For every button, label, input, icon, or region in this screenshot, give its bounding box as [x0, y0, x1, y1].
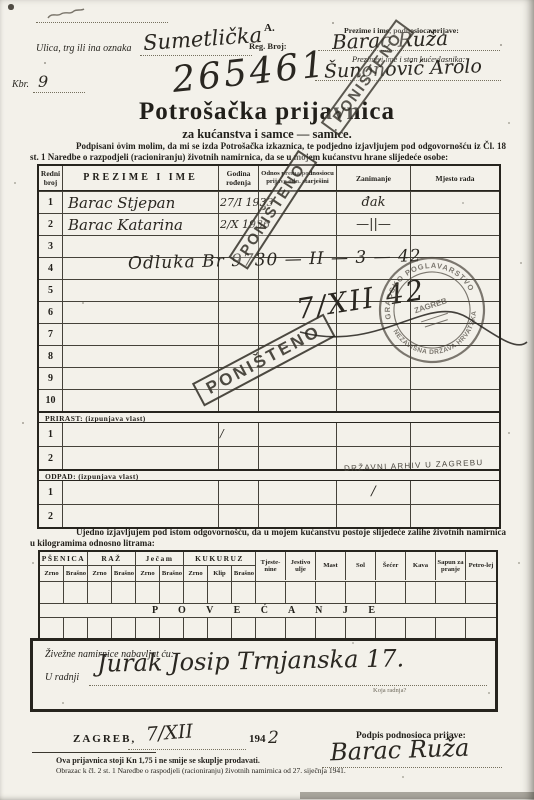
col-tjestenine: Tjeste-nine [256, 552, 286, 580]
birth-cell [219, 324, 259, 345]
cell [40, 618, 64, 638]
supplies-header: PŠENICA Zrno Brašno RAŽ Zrno Brašno Ječa… [40, 552, 496, 581]
odpad-section-label: ODPAD: (izpunjava vlast) [39, 469, 499, 481]
col-header-zanimanje: Zanimanje [337, 166, 411, 190]
signature-line [322, 766, 502, 768]
row-num: 1 [39, 423, 63, 446]
workplace-cell [411, 423, 499, 446]
row-num: 10 [39, 390, 63, 411]
row-num: 2 [39, 214, 63, 235]
cell [232, 618, 256, 638]
col-mast: Mast [316, 552, 346, 580]
footnote-1: Ova prijavnica stoji Kn 1.75 i ne smije … [56, 756, 260, 765]
group-label: Ječam [136, 552, 183, 566]
footnote-2: Obrazac k čl. 2 st. 1 Naredbe o raspodje… [56, 766, 346, 775]
purchase-box: Živežne namirnice nabavljat ću: U radnji… [30, 638, 498, 712]
purchase-handwriting: Jurak Josip Trnjanska 17. [97, 644, 405, 677]
birth-cell [219, 302, 259, 323]
occupation-cell [337, 368, 411, 389]
birth-cell [219, 447, 259, 469]
cell [88, 618, 112, 638]
section-letter: A. [264, 22, 275, 34]
birth-cell [219, 280, 259, 301]
cell [64, 618, 88, 638]
birth-cell [219, 505, 259, 527]
workplace-cell [411, 368, 499, 389]
cell [64, 582, 88, 603]
birth-cell [219, 481, 259, 504]
purchase-label: U radnji [45, 672, 79, 683]
row-num: 5 [39, 280, 63, 301]
purchase-caption: Koja radnja? [373, 687, 406, 694]
name-handwriting: Barac Katarina [63, 214, 219, 235]
group-raz: RAŽ Zrno Brašno [88, 552, 136, 581]
purchase-line [89, 684, 487, 686]
group-kukuruz: KUKURUZ Zrno Klip Brašno [184, 552, 256, 581]
subcol-zrno: Zrno [88, 566, 112, 581]
row-num: 2 [39, 505, 63, 527]
supplies-empty-row-2 [40, 617, 496, 638]
group-jecam: Ječam Zrno Brašno [136, 552, 184, 581]
ink-mark: / [337, 481, 411, 504]
pencil-scribble [48, 9, 84, 18]
relation-cell [259, 390, 337, 411]
year-print: 194 [249, 733, 266, 745]
col-jestivo-ulje: Jestivo ulje [286, 552, 316, 580]
svg-text:NEZAVISNA DRŽAVA HRVATSKA: NEZAVISNA DRŽAVA HRVATSKA [391, 303, 488, 368]
cell [112, 582, 136, 603]
name-cell [63, 481, 219, 504]
cell [112, 618, 136, 638]
name-cell [63, 302, 219, 323]
cell [160, 582, 184, 603]
cell [136, 582, 160, 603]
footnote-rule [32, 752, 156, 753]
cell [316, 582, 346, 603]
group-label: KUKURUZ [184, 552, 255, 566]
supplies-table: PŠENICA Zrno Brašno RAŽ Zrno Brašno Ječa… [38, 550, 498, 640]
name-handwriting: Barac Stjepan [63, 192, 219, 213]
kbr-label: Kbr. [12, 79, 29, 90]
row-num: 9 [39, 368, 63, 389]
col-header-redni-broj: Redni broj [39, 166, 63, 190]
group-label: PŠENICA [40, 552, 87, 566]
col-header-prezime-ime: PREZIME I IME [63, 166, 219, 190]
name-cell [63, 280, 219, 301]
subcol-klip: Klip [208, 566, 232, 581]
occupation-handwriting: đak [337, 192, 411, 213]
cell [406, 582, 436, 603]
cell [346, 618, 376, 638]
subcol-zrno: Zrno [40, 566, 64, 581]
cell [160, 618, 184, 638]
name-cell [63, 505, 219, 527]
prirast-section-label: PRIRAST: (izpunjava vlast) [39, 411, 499, 423]
cell [136, 618, 160, 638]
col-sapun: Sapun za pranje [436, 552, 466, 580]
workplace-cell [411, 505, 499, 527]
group-label: RAŽ [88, 552, 135, 566]
workplace-cell [411, 390, 499, 411]
occupation-handwriting: —||— [337, 214, 411, 235]
stamp-arc-bottom-text: NEZAVISNA DRŽAVA HRVATSKA [391, 303, 488, 368]
name-cell [63, 423, 219, 446]
city-label: ZAGREB, [73, 733, 136, 745]
reg-number-handwriting: 265461 [170, 44, 329, 101]
cell [316, 618, 346, 638]
occupation-cell [337, 505, 411, 527]
relation-cell [259, 423, 337, 446]
date-handwriting: 7/XII [145, 720, 193, 745]
occupation-cell [337, 390, 411, 411]
prirast-row-1: 1 / [39, 423, 499, 446]
street-label: Ulica, trg ili ina oznaka [36, 43, 131, 54]
name-cell [63, 346, 219, 367]
form-title: Potrošačka prijavnica [0, 98, 534, 126]
col-petrolej: Petro-lej [466, 552, 496, 580]
relation-cell [259, 481, 337, 504]
relation-cell [259, 505, 337, 527]
form-subtitle: za kućanstva i samce — samice. [0, 127, 534, 142]
supplies-declaration: Ujedno izjavljujem pod istom odgovornošć… [30, 527, 506, 549]
kbr-handwriting: 9 [38, 72, 48, 91]
row-num: 8 [39, 346, 63, 367]
cell [286, 582, 316, 603]
row-num: 1 [39, 192, 63, 213]
workplace-cell [411, 481, 499, 504]
relation-cell [259, 447, 337, 469]
cell [376, 618, 406, 638]
birth-handwriting: 27/I 1933 [219, 192, 259, 213]
row-num: 7 [39, 324, 63, 345]
landlord-line [315, 79, 501, 81]
name-cell [63, 390, 219, 411]
household-table-header: Redni broj PREZIME I IME Godina rođenja … [39, 166, 499, 191]
cell [256, 582, 286, 603]
cell [40, 582, 64, 603]
col-secer: Šećer [376, 552, 406, 580]
scan-speckles [0, 0, 2, 2]
row-num: 2 [39, 447, 63, 469]
cell [286, 618, 316, 638]
kbr-line [33, 91, 85, 93]
street-handwriting: Sumetlička [142, 23, 263, 55]
form-intro-paragraph: Podpisani ovim molim, da mi se izda Potr… [30, 141, 506, 163]
col-kava: Kava [406, 552, 436, 580]
subcol-brasno: Brašno [64, 566, 88, 581]
subcol-zrno: Zrno [184, 566, 208, 581]
group-psenica: PŠENICA Zrno Brašno [40, 552, 88, 581]
top-dotted-line [36, 21, 168, 23]
cell [436, 618, 466, 638]
col-header-godina: Godina rođenja [219, 166, 259, 190]
year-handwriting: 2 [268, 728, 279, 748]
applicant-line [318, 49, 500, 51]
cell [256, 618, 286, 638]
signature-handwriting: Barac Ruža [330, 734, 470, 767]
subcol-brasno: Brašno [112, 566, 136, 581]
date-line [128, 748, 246, 750]
cell [466, 618, 496, 638]
cell [184, 582, 208, 603]
row-num: 1 [39, 481, 63, 504]
row-num: 3 [39, 236, 63, 257]
subcol-zrno: Zrno [136, 566, 160, 581]
workplace-cell [411, 192, 499, 213]
subcol-brasno: Brašno [232, 566, 256, 581]
name-cell [63, 447, 219, 469]
scan-edge-bottom [300, 792, 534, 799]
relation-cell [259, 368, 337, 389]
cell [436, 582, 466, 603]
cell [346, 582, 376, 603]
odpad-row-1: 1 / [39, 481, 499, 504]
row-num: 6 [39, 302, 63, 323]
povecanje-banner: P O V E Ć A N J E [40, 603, 496, 617]
ink-mark: / [219, 423, 259, 446]
supplies-empty-row-1 [40, 581, 496, 603]
cell [88, 582, 112, 603]
col-header-mjesto-rada: Mjesto rada [411, 166, 499, 190]
odpad-row-2: 2 [39, 504, 499, 527]
cell [406, 618, 436, 638]
row-num: 4 [39, 258, 63, 279]
col-sol: Sol [346, 552, 376, 580]
stamp-center-text: ZAGREB [413, 296, 448, 315]
cell [232, 582, 256, 603]
name-cell [63, 324, 219, 345]
household-row-10: 10 [39, 389, 499, 411]
cell [376, 582, 406, 603]
round-official-stamp: GRADSKO POGLAVARSTVO NEZAVISNA DRŽAVA HR… [374, 252, 490, 368]
cell [184, 618, 208, 638]
occupation-cell [337, 423, 411, 446]
cell [466, 582, 496, 603]
cell [208, 582, 232, 603]
workplace-cell [411, 214, 499, 235]
cell [208, 618, 232, 638]
subcol-brasno: Brašno [160, 566, 184, 581]
